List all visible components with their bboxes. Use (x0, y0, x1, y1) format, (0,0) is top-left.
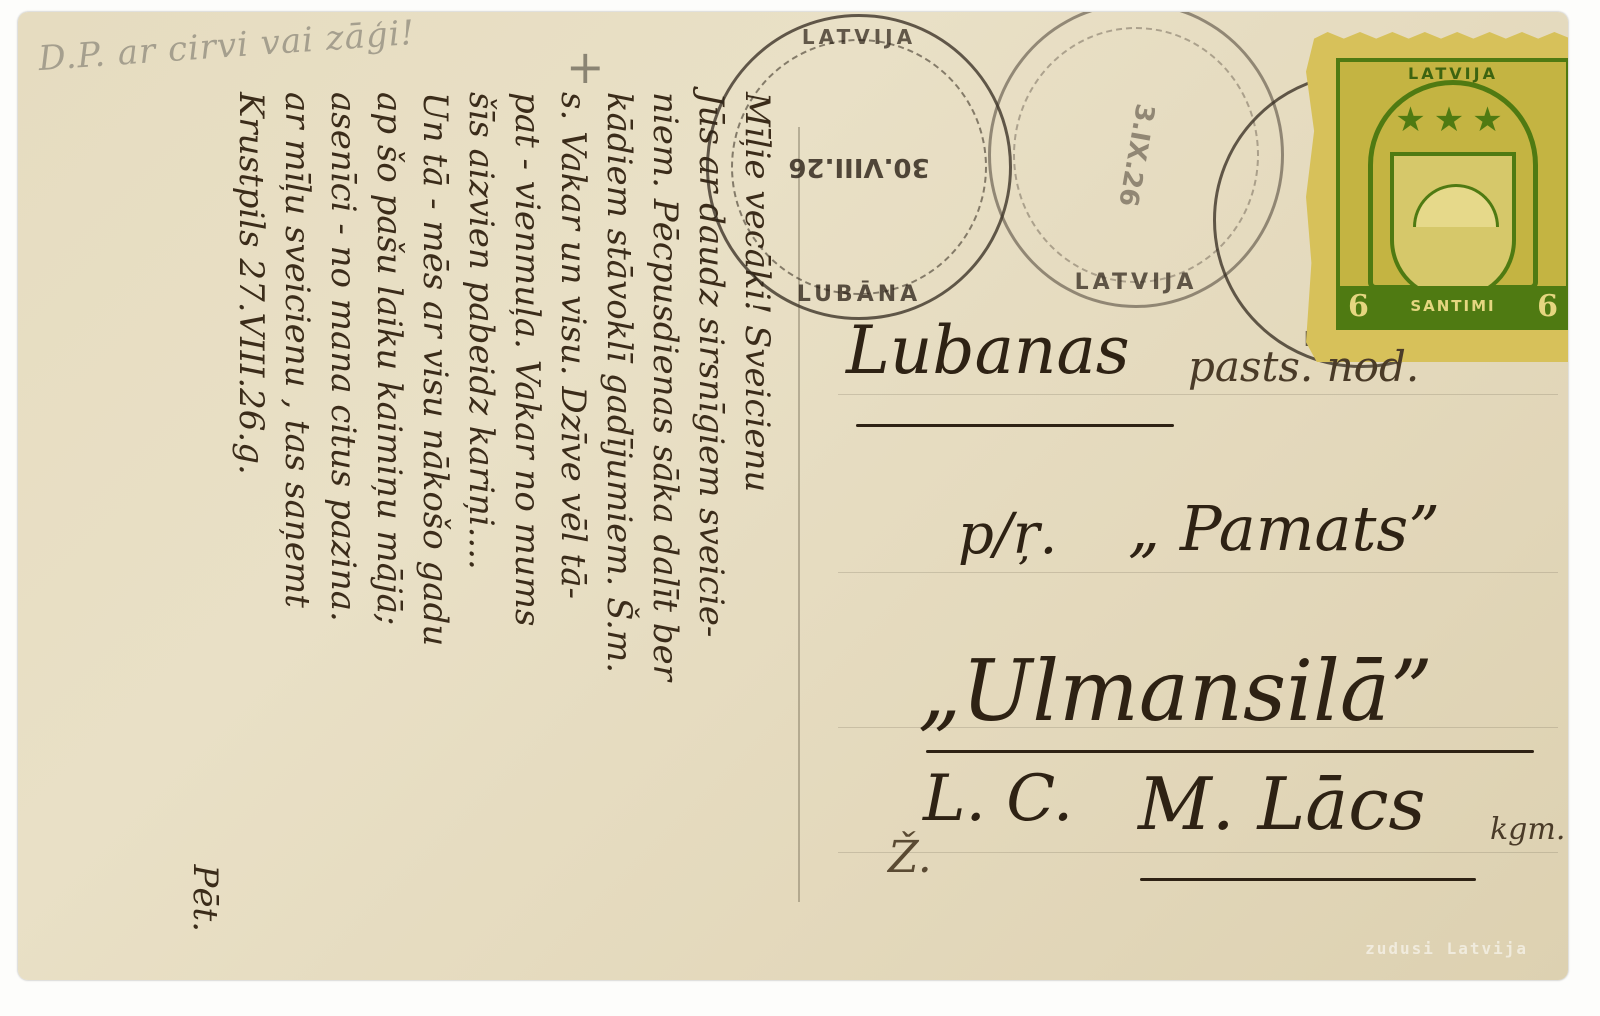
stamp-value-left: 6 (1348, 289, 1369, 324)
message-line: niem. Pēcpusdienas sāka dalīt ber (642, 92, 688, 932)
address-underline (856, 424, 1174, 427)
address-line-1: Lubanas (846, 312, 1130, 389)
address-line-4: M. Lācs (1138, 762, 1426, 846)
stamp-unit: SANTIMI (1410, 297, 1495, 315)
address-line-4-prefix: L. C. (923, 762, 1073, 836)
address-line-5-prefix: Ž. (888, 832, 932, 883)
address-guide-rule (838, 852, 1558, 853)
address-guide-rule (838, 572, 1558, 573)
postcard: D.P. ar cirvi vai zāģi! + Mīļie vecāki! … (18, 12, 1568, 980)
address-line-2-prefix: p/ŗ. (958, 502, 1057, 567)
message-line: ap šo pašu laiku kaimiņu mājā; (366, 92, 412, 932)
message-date-line: Krustpils 27.VIII.26.g. (228, 92, 274, 932)
stamp-value-right: 6 (1537, 289, 1558, 324)
pencil-note: D.P. ar cirvi vai zāģi! (37, 13, 416, 79)
address-line-3: „Ulmansilā” (918, 642, 1433, 740)
address-underline (926, 750, 1534, 753)
address-underline (1140, 878, 1476, 881)
postmark-lubana: LATVIJA 30.VIII.26 LUBĀNA (706, 14, 1012, 320)
stamp-stars-icon: ★★★ (1340, 100, 1566, 140)
rising-sun-icon (1413, 184, 1499, 227)
message-line: šīs aizvien pabeidz kariņi.... (458, 92, 504, 932)
address-guide-rule (838, 394, 1558, 395)
message-line: s. Vakar un visu. Dzīve vēl tā- (550, 92, 596, 932)
message-line: asenīci - no mana citus pazina. (320, 92, 366, 932)
address-line-4-suffix: kgm. (1490, 812, 1565, 847)
message-line: kādiem stāvoklī gadījumiem. Š.m. (596, 92, 642, 932)
address-line-1-suffix: pasts. nod. (1188, 342, 1419, 391)
message-line: Un tā - mēs ar visu nākošo gadu (412, 92, 458, 932)
signature: Pēt. (182, 92, 228, 932)
postmark-city: LUBĀNA (709, 282, 1009, 307)
coat-of-arms-icon (1390, 152, 1516, 300)
message-line: pat - vienmuļa. Vakar no mums (504, 92, 550, 932)
handwritten-message: Mīļie vecāki! Sveicienu Jūs ar daudz sir… (58, 72, 798, 952)
message-line: ar mīļu sveicienu , tas saņemt (274, 92, 320, 932)
watermark: zudusi Latvija (1365, 939, 1528, 958)
postmark-date: 30.VIII.26 (709, 152, 1009, 182)
postage-stamp: LATVIJA ★★★ 6 SANTIMI 6 (1306, 32, 1568, 362)
address-line-2: „ Pamats” (1128, 492, 1440, 565)
